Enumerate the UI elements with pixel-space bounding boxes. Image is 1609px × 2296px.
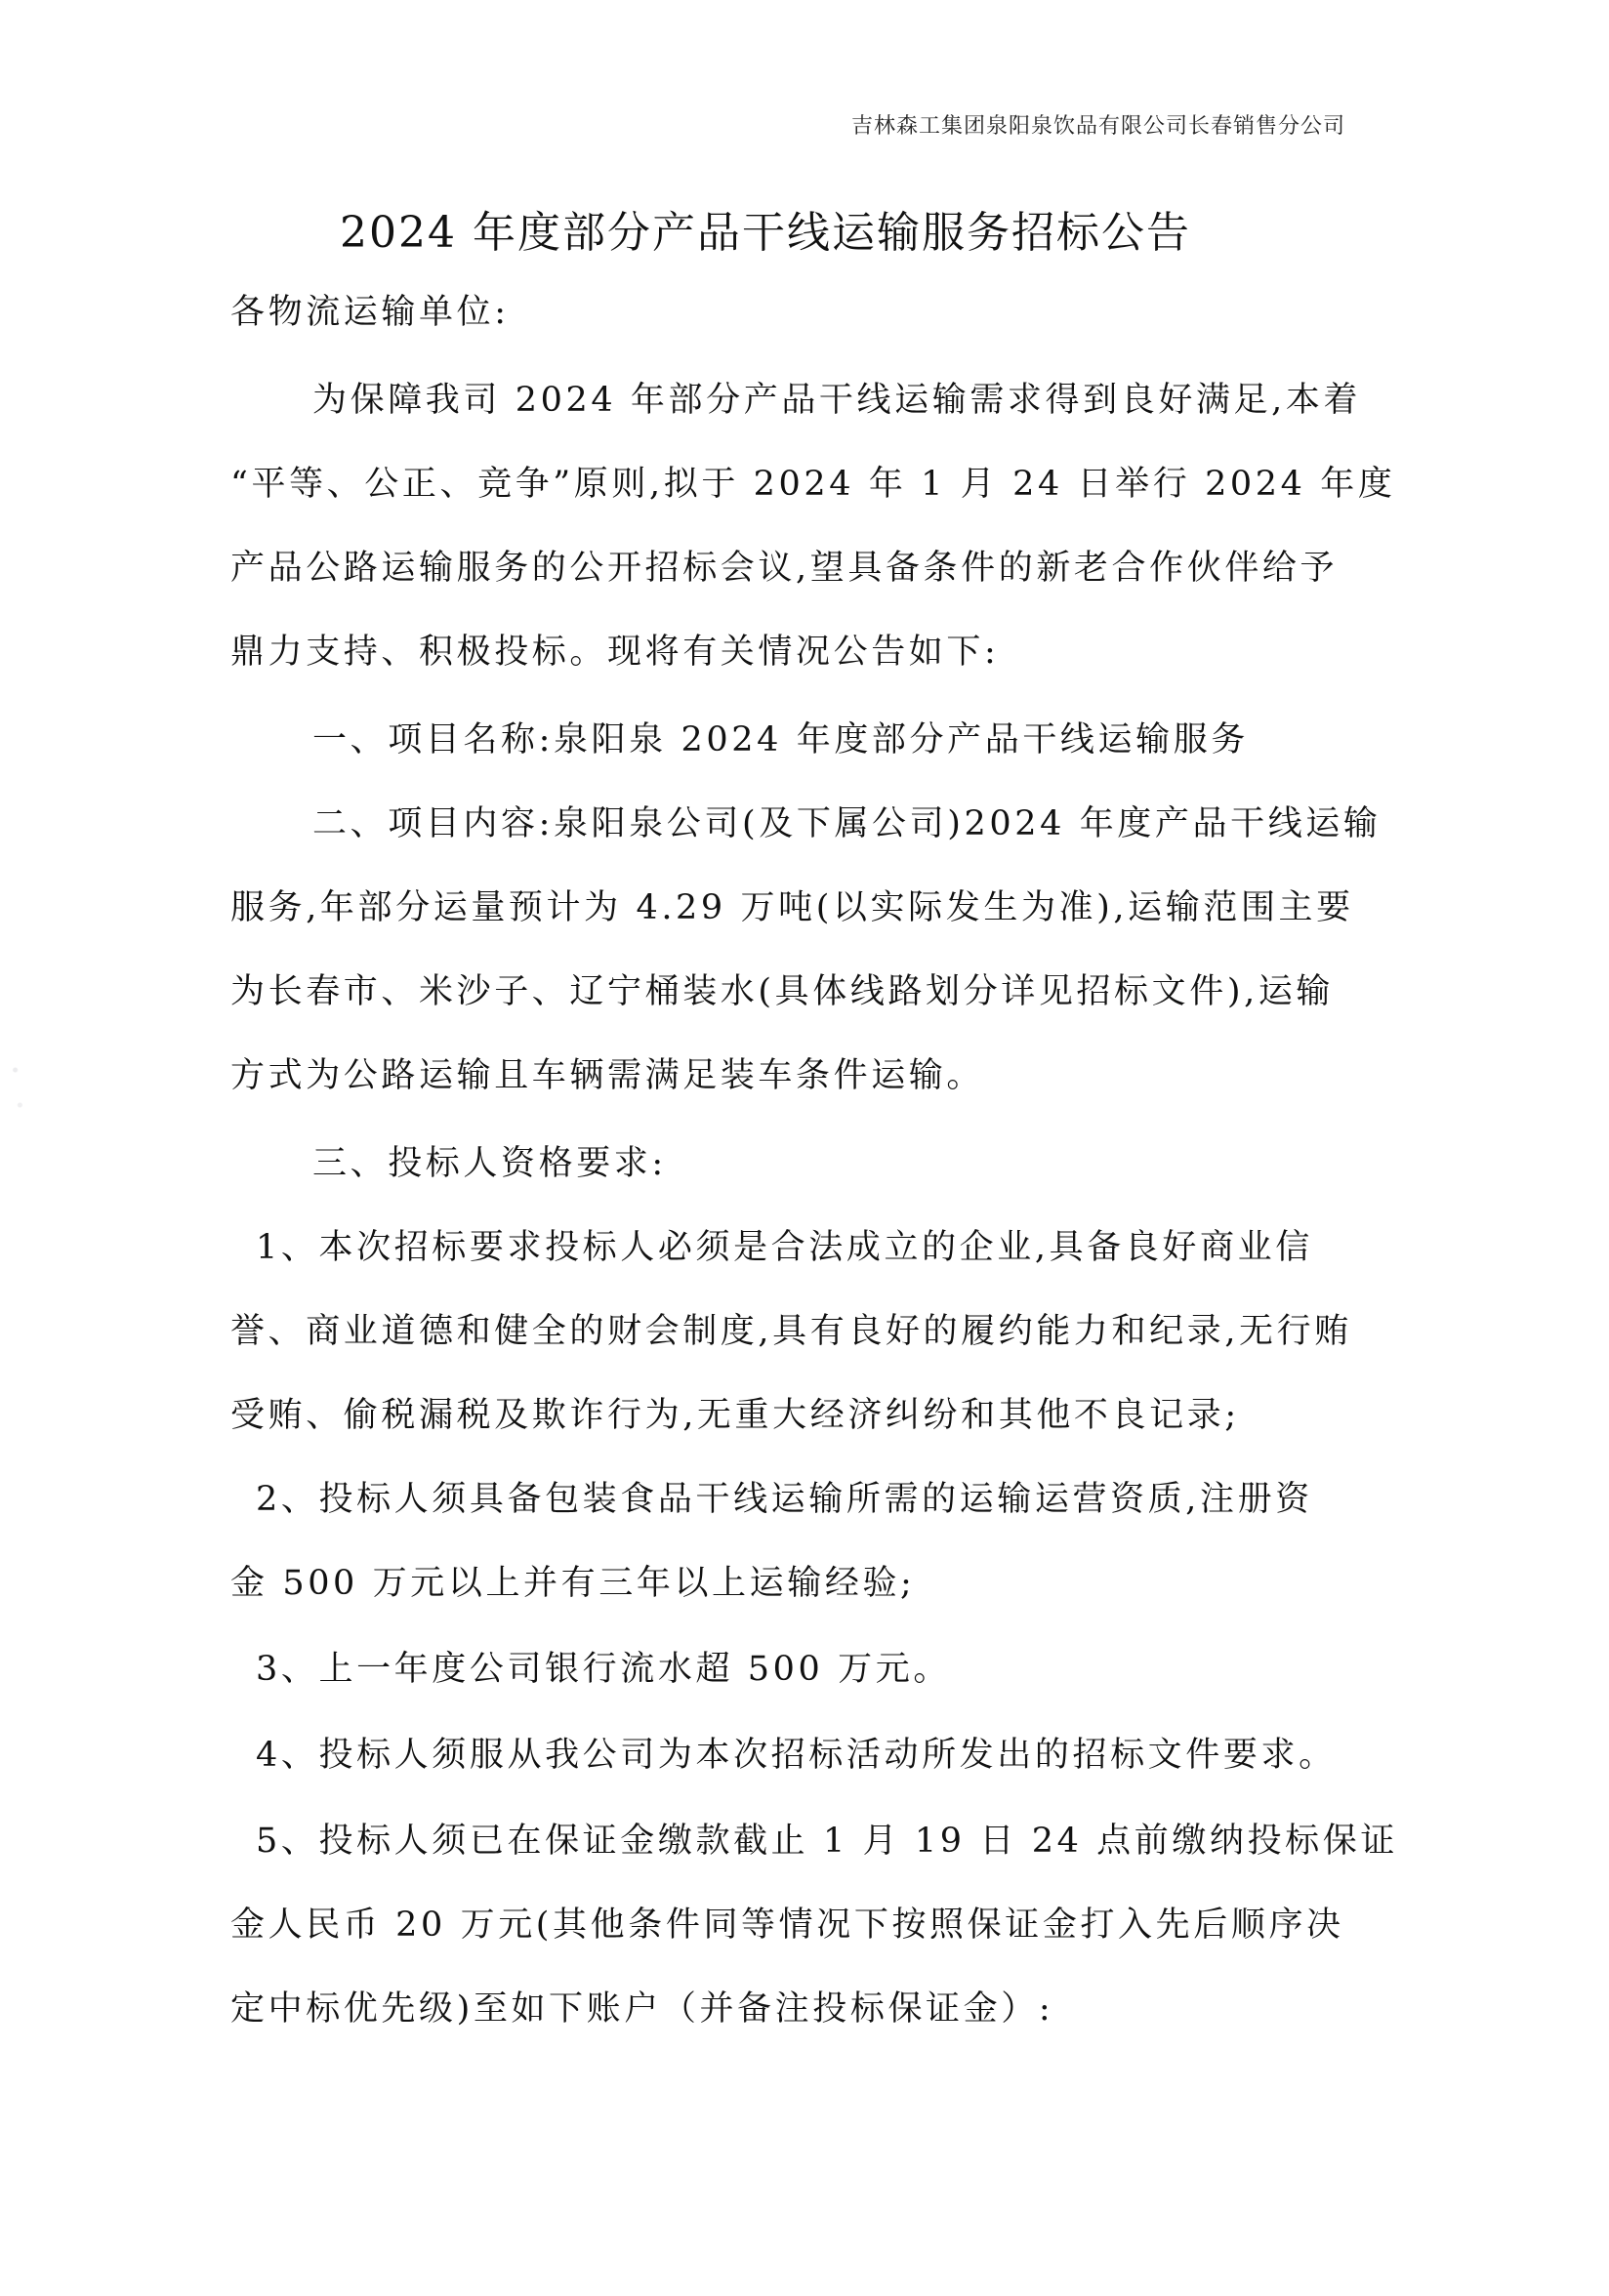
document-title: 2024 年度部分产品干线运输服务招标公告 xyxy=(0,197,1570,260)
paragraph-line: 为保障我司 2024 年部分产品干线运输需求得到良好满足,本着 xyxy=(312,373,1361,422)
document-page: 吉林森工集团泉阳泉饮品有限公司长春销售分公司 2024 年度部分产品干线运输服务… xyxy=(0,0,1609,2296)
paragraph-line: 受贿、偷税漏税及欺诈行为,无重大经济纠纷和其他不良记录; xyxy=(230,1388,1240,1437)
section-heading-qualifications: 三、投标人资格要求: xyxy=(312,1136,667,1185)
paragraph-line: 誉、商业道德和健全的财会制度,具有良好的履约能力和纪录,无行贿 xyxy=(230,1304,1352,1353)
salutation: 各物流运输单位: xyxy=(230,285,510,334)
requirement-item-4: 4、投标人须服从我公司为本次招标活动所发出的招标文件要求。 xyxy=(256,1728,1337,1777)
paragraph-line: 鼎力支持、积极投标。现将有关情况公告如下: xyxy=(230,625,999,674)
paragraph-line: “平等、公正、竞争”原则,拟于 2024 年 1 月 24 日举行 2024 年… xyxy=(230,457,1395,506)
paragraph-line: 为长春市、米沙子、辽宁桶装水(具体线路划分详见招标文件),运输 xyxy=(230,964,1334,1013)
paragraph-line: 金人民币 20 万元(其他条件同等情况下按照保证金打入先后顺序决 xyxy=(230,1898,1344,1947)
scan-artifact xyxy=(6,1035,29,1152)
requirement-item-3: 3、上一年度公司银行流水超 500 万元。 xyxy=(256,1642,951,1691)
section-heading-project-name: 一、项目名称:泉阳泉 2024 年度部分产品干线运输服务 xyxy=(312,713,1249,761)
company-header: 吉林森工集团泉阳泉饮品有限公司长春销售分公司 xyxy=(851,109,1345,140)
paragraph-line: 金 500 万元以上并有三年以上运输经验; xyxy=(230,1556,915,1605)
requirement-item-2: 2、投标人须具备包装食品干线运输所需的运输运营资质,注册资 xyxy=(256,1472,1313,1521)
requirement-item-5: 5、投标人须已在保证金缴款截止 1 月 19 日 24 点前缴纳投标保证 xyxy=(256,1814,1398,1863)
requirement-item-1: 1、本次招标要求投标人必须是合法成立的企业,具备良好商业信 xyxy=(256,1220,1313,1269)
paragraph-line: 产品公路运输服务的公开招标会议,望具备条件的新老合作伙伴给予 xyxy=(230,541,1338,590)
paragraph-line: 定中标优先级)至如下账户（并备注投标保证金）: xyxy=(230,1982,1053,2030)
section-heading-project-content: 二、项目内容:泉阳泉公司(及下属公司)2024 年度产品干线运输 xyxy=(312,797,1382,845)
paragraph-line: 方式为公路运输且车辆需满足装车条件运输。 xyxy=(230,1048,984,1097)
paragraph-line: 服务,年部分运量预计为 4.29 万吨(以实际发生为准),运输范围主要 xyxy=(230,881,1354,929)
